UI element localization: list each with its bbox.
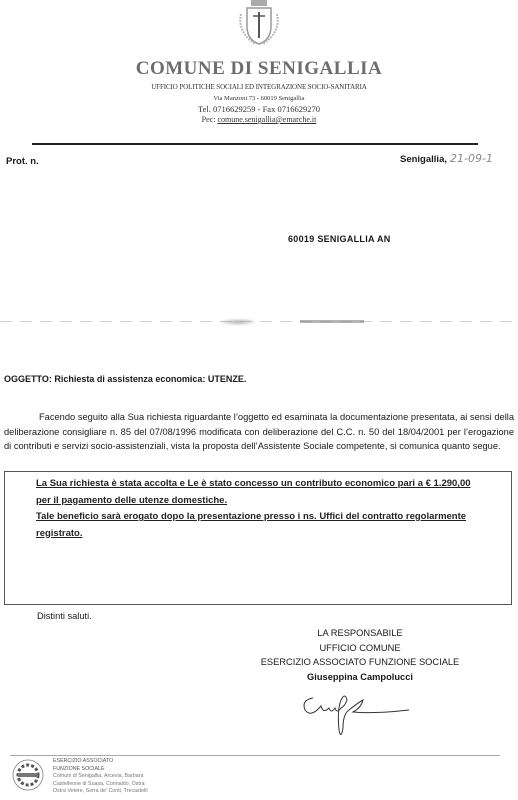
greeting: Distinti saluti. [37, 611, 92, 621]
decision-box: La Sua richiesta è stata accolta e Le è … [4, 471, 512, 605]
footer-text: ESERCIZIO ASSOCIATO FUNZIONE SOCIALE Com… [53, 758, 148, 796]
signer-title-2: UFFICIO COMUNE [230, 641, 490, 656]
city-name: COMUNE DI SENIGALLIA [0, 58, 518, 80]
recipient-zip-city: 60019 SENIGALLIA AN [288, 234, 391, 244]
handwritten-date: 21-09-1 [450, 152, 493, 165]
protocol-number-label: Prot. n. [6, 156, 39, 167]
pec-email-link[interactable]: comune.senigallia@emarche.it [217, 115, 316, 124]
place-label: Senigallia, [400, 154, 447, 165]
decision-line-grant: La Sua richiesta è stata accolta e Le è … [36, 476, 486, 509]
office-pec: Pec: comune.senigallia@emarche.it [0, 115, 518, 124]
association-seal-icon [12, 759, 44, 791]
coat-of-arms-icon [229, 0, 289, 48]
signature-block: LA RESPONSABILE UFFICIO COMUNE ESERCIZIO… [230, 626, 490, 684]
footer-line-5: Ostra Vetere, Serra de' Conti, Trecastel… [53, 788, 148, 796]
footer-divider [10, 755, 500, 756]
signer-title-3: ESERCIZIO ASSOCIATO FUNZIONE SOCIALE [230, 655, 490, 670]
scan-artifact-smudge [218, 318, 258, 326]
header-divider [32, 143, 478, 145]
scan-artifact-line [0, 321, 518, 322]
footer-line-2: FUNZIONE SOCIALE [53, 766, 148, 774]
footer-line-4: Castelleone di Suasa, Corinaldo, Ostra [53, 781, 148, 789]
place-date: Senigallia,21-09-1 [400, 152, 493, 165]
body-paragraph: Facendo seguito alla Sua richiesta rigua… [4, 410, 514, 454]
subject-line: OGGETTO: Richiesta di assistenza economi… [4, 374, 246, 384]
signer-title-1: LA RESPONSABILE [230, 626, 490, 641]
office-phone-fax: Tel. 0716629259 - Fax 0716629270 [0, 104, 518, 114]
signer-name: Giuseppina Campolucci [230, 670, 490, 685]
decision-line-condition: Tale beneficio sarà erogato dopo la pres… [36, 509, 486, 542]
footer-line-1: ESERCIZIO ASSOCIATO [53, 758, 148, 766]
scan-artifact-streak [300, 320, 364, 323]
decision-text: La Sua richiesta è stata accolta e Le è … [36, 476, 486, 542]
office-address: Via Manzoni 73 - 60019 Senigallia [0, 95, 518, 102]
pec-label: Pec: [202, 115, 218, 124]
footer-line-3: Comuni di Senigallia, Arcevia, Barbara [53, 773, 148, 781]
handwritten-signature-icon [295, 688, 425, 740]
office-name: UFFICIO POLITICHE SOCIALI ED INTEGRAZION… [0, 83, 518, 91]
